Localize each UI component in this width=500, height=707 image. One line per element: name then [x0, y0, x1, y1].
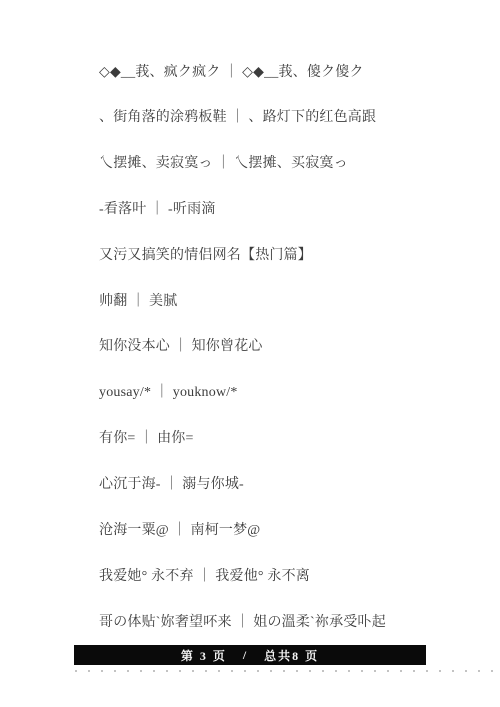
text-line: -看落叶 ｜ -听雨滴: [99, 199, 216, 221]
current-page-label: 第 3 页: [181, 647, 227, 664]
text-line: 帅翻 ｜ 美腻: [99, 291, 177, 313]
text-line: 有你= ｜ 由你=: [99, 428, 194, 450]
text-line: 沧海一粟@ ｜ 南柯一梦@: [99, 520, 260, 542]
text-line: 哥の体贴`妳奢望吥来 ｜ 姐の溫柔`祢承受卟起: [99, 612, 386, 634]
section-heading: 又污又搞笑的情侣网名【热门篇】: [99, 245, 312, 267]
page-break-dotted-line: [75, 670, 493, 672]
text-line: 、街角落的涂鸦板鞋 ｜ 、路灯下的红色高跟: [99, 107, 376, 129]
text-line: 知你没本心 ｜ 知你曾花心: [99, 336, 263, 358]
text-line: 乀摆摊、卖寂寞っ ｜ 乀摆摊、买寂寞っ: [99, 153, 348, 175]
text-line: ◇◆__莪、疯ク疯ク ｜ ◇◆__莪、傻ク傻ク: [99, 62, 364, 84]
text-line: 我爱她° 永不弃 ｜ 我爱他° 永不离: [99, 566, 310, 588]
text-line: yousay/* ｜ youknow/*: [99, 382, 238, 404]
pagination-bar: 第 3 页 / 总共8 页: [74, 645, 426, 665]
total-pages-label: 总共8 页: [264, 647, 319, 664]
document-page: ◇◆__莪、疯ク疯ク ｜ ◇◆__莪、傻ク傻ク 、街角落的涂鸦板鞋 ｜ 、路灯下…: [0, 0, 500, 707]
text-line: 心沉于海- ｜ 溺与你城-: [99, 474, 244, 496]
page-separator: /: [243, 648, 248, 663]
